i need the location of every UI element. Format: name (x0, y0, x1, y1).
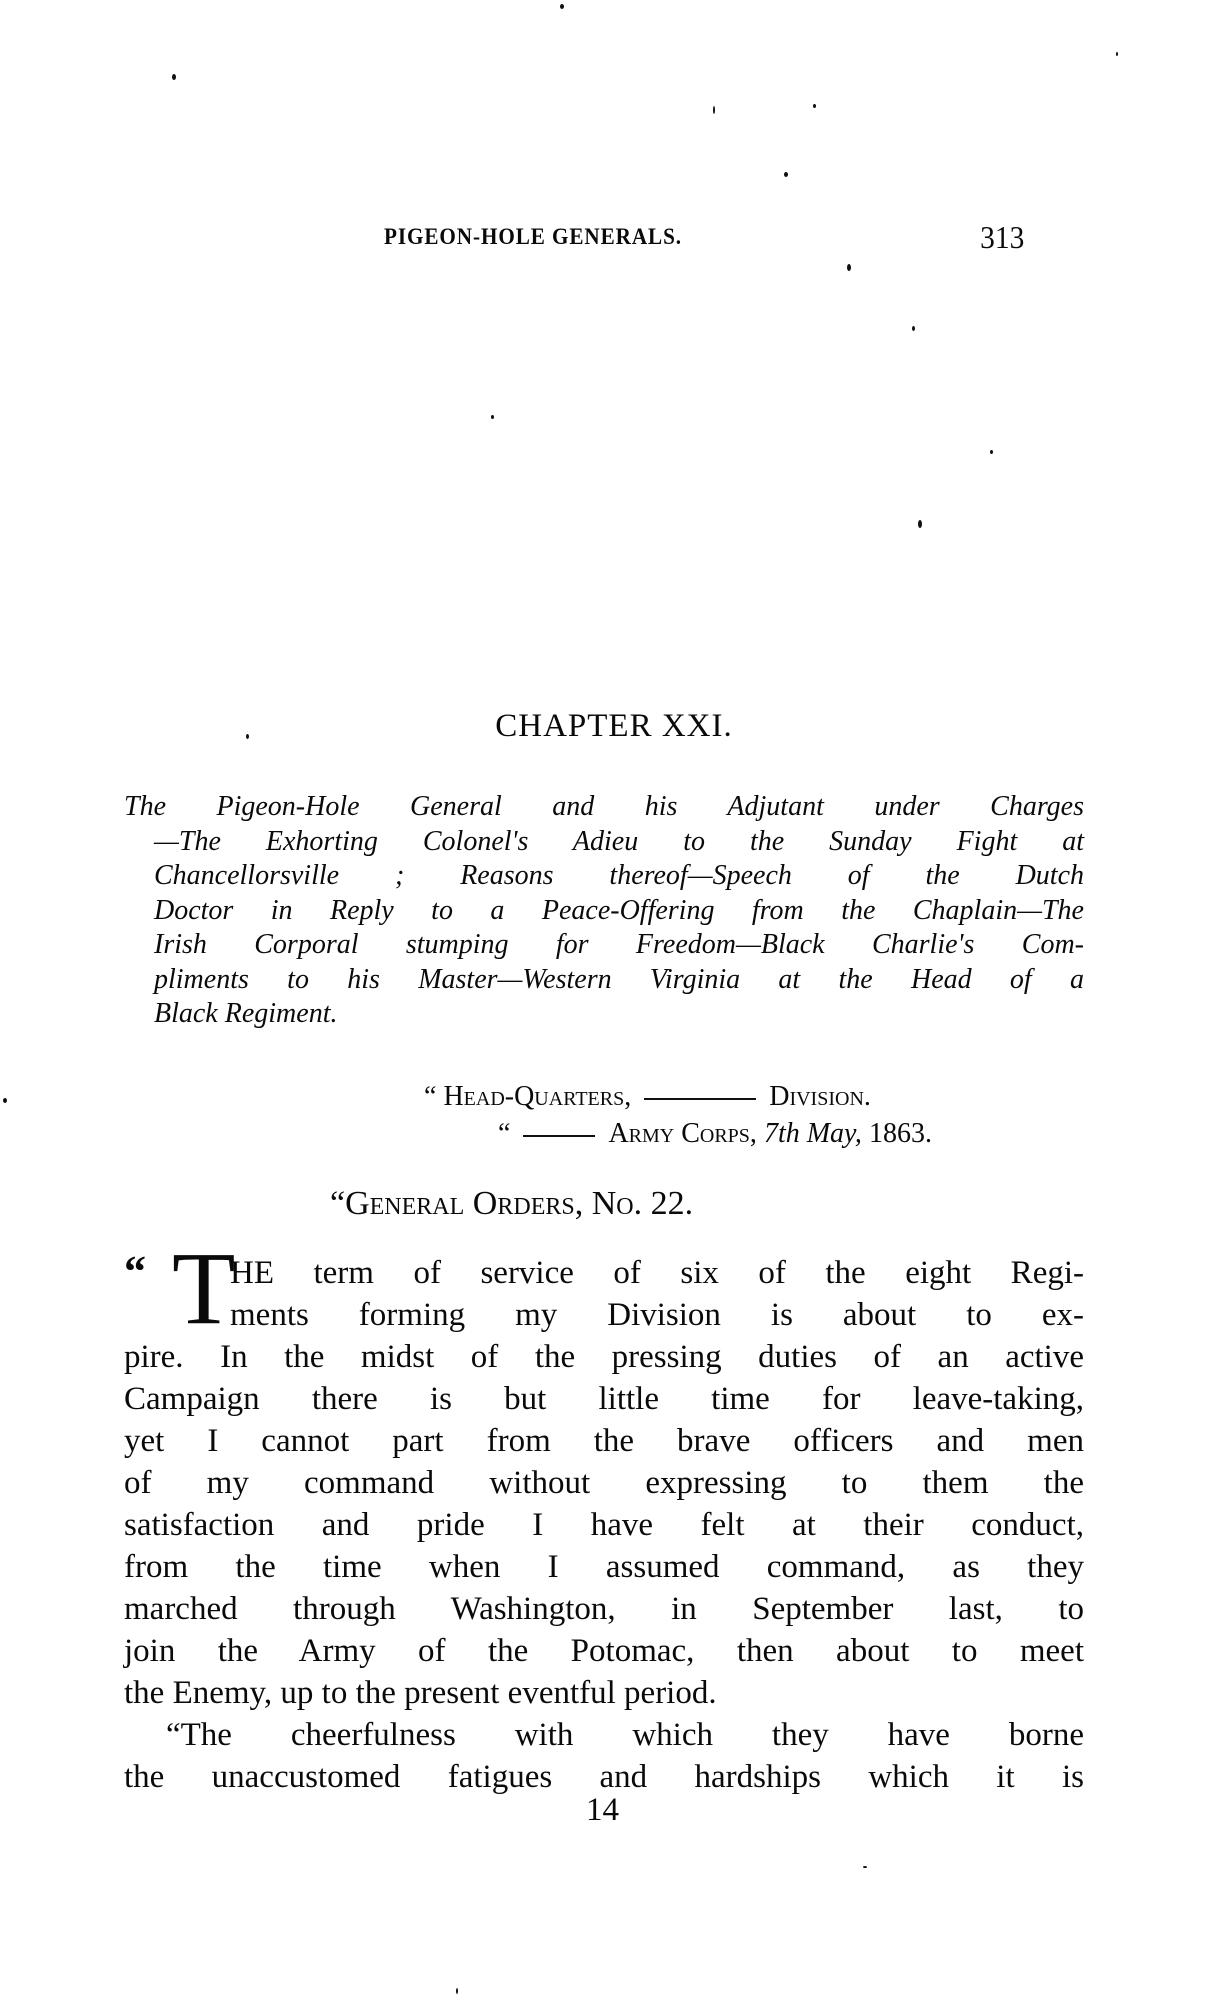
open-quote: “ (498, 1118, 510, 1149)
dateline-headquarters: “ Head-Quarters, Division. (424, 1081, 871, 1113)
synopsis-line: pliments to his Master—Western Virginia … (124, 963, 1084, 998)
scan-speck (456, 1988, 458, 1994)
scan-speck (990, 450, 993, 454)
division-label: Division. (769, 1081, 871, 1112)
chapter-synopsis: The Pigeon-Hole General and his Adjutant… (124, 790, 1084, 1032)
body-line: join the Army of the Potomac, then about… (124, 1630, 1084, 1672)
body-line: of my command without expressing to them… (124, 1462, 1084, 1504)
body-line: from the time when I assumed command, as… (124, 1546, 1084, 1588)
body-line: the Enemy, up to the present eventful pe… (124, 1672, 1084, 1714)
scan-speck (912, 326, 915, 331)
page-number: 313 (980, 219, 1024, 256)
scan-speck (491, 415, 494, 419)
chapter-heading: CHAPTER XXI. (0, 708, 1208, 745)
body-line: ments forming my Division is about to ex… (124, 1294, 1084, 1336)
body-line: marched through Washington, in September… (124, 1588, 1084, 1630)
dateline-corps: “ Army Corps, 7th May, 1863. (498, 1118, 932, 1150)
scan-speck (172, 74, 176, 80)
scan-speck (713, 106, 715, 114)
scan-speck (784, 172, 788, 177)
scan-speck (3, 1098, 7, 1103)
body-line: satisfaction and pride I have felt at th… (124, 1504, 1084, 1546)
corps-label: Army Corps, (608, 1118, 757, 1149)
synopsis-line: Chancellorsville ; Reasons thereof—Speec… (124, 859, 1084, 894)
body-line: pire. In the midst of the pressing dutie… (124, 1336, 1084, 1378)
blank-rule (523, 1135, 595, 1137)
open-quote: “ (424, 1081, 436, 1112)
date-year: 1863. (869, 1118, 932, 1149)
signature-mark: 14 (586, 1792, 619, 1829)
body-line: “The cheerfulness with which they have b… (124, 1714, 1084, 1756)
body-line: Campaign there is but little time for le… (124, 1378, 1084, 1420)
synopsis-line: —The Exhorting Colonel's Adieu to the Su… (124, 825, 1084, 860)
scan-speck (847, 264, 851, 271)
chapter-title: CHAPTER XXI. (495, 708, 733, 745)
scan-speck (813, 104, 816, 108)
running-title: PIGEON-HOLE GENERALS. (384, 224, 682, 250)
synopsis-line: Doctor in Reply to a Peace-Offering from… (124, 894, 1084, 929)
headquarters-label: Head-Quarters, (443, 1081, 631, 1112)
scan-speck (560, 4, 564, 9)
orders-heading: “General Orders, No. 22. (330, 1185, 693, 1223)
body-line: HE term of service of six of the eight R… (124, 1252, 1084, 1294)
scan-speck (1116, 52, 1118, 56)
synopsis-line: The Pigeon-Hole General and his Adjutant… (124, 790, 1084, 825)
date-month: May, (807, 1118, 862, 1149)
body-text: HE term of service of six of the eight R… (124, 1252, 1084, 1798)
body-line: yet I cannot part from the brave officer… (124, 1420, 1084, 1462)
scan-speck (918, 520, 922, 528)
running-header: PIGEON-HOLE GENERALS. 313 (384, 224, 1028, 258)
blank-rule (644, 1098, 756, 1100)
scan-speck (863, 1866, 867, 1868)
synopsis-line: Irish Corporal stumping for Freedom—Blac… (124, 928, 1084, 963)
date-day: 7th (764, 1118, 800, 1149)
synopsis-line: Black Regiment. (124, 997, 1084, 1032)
